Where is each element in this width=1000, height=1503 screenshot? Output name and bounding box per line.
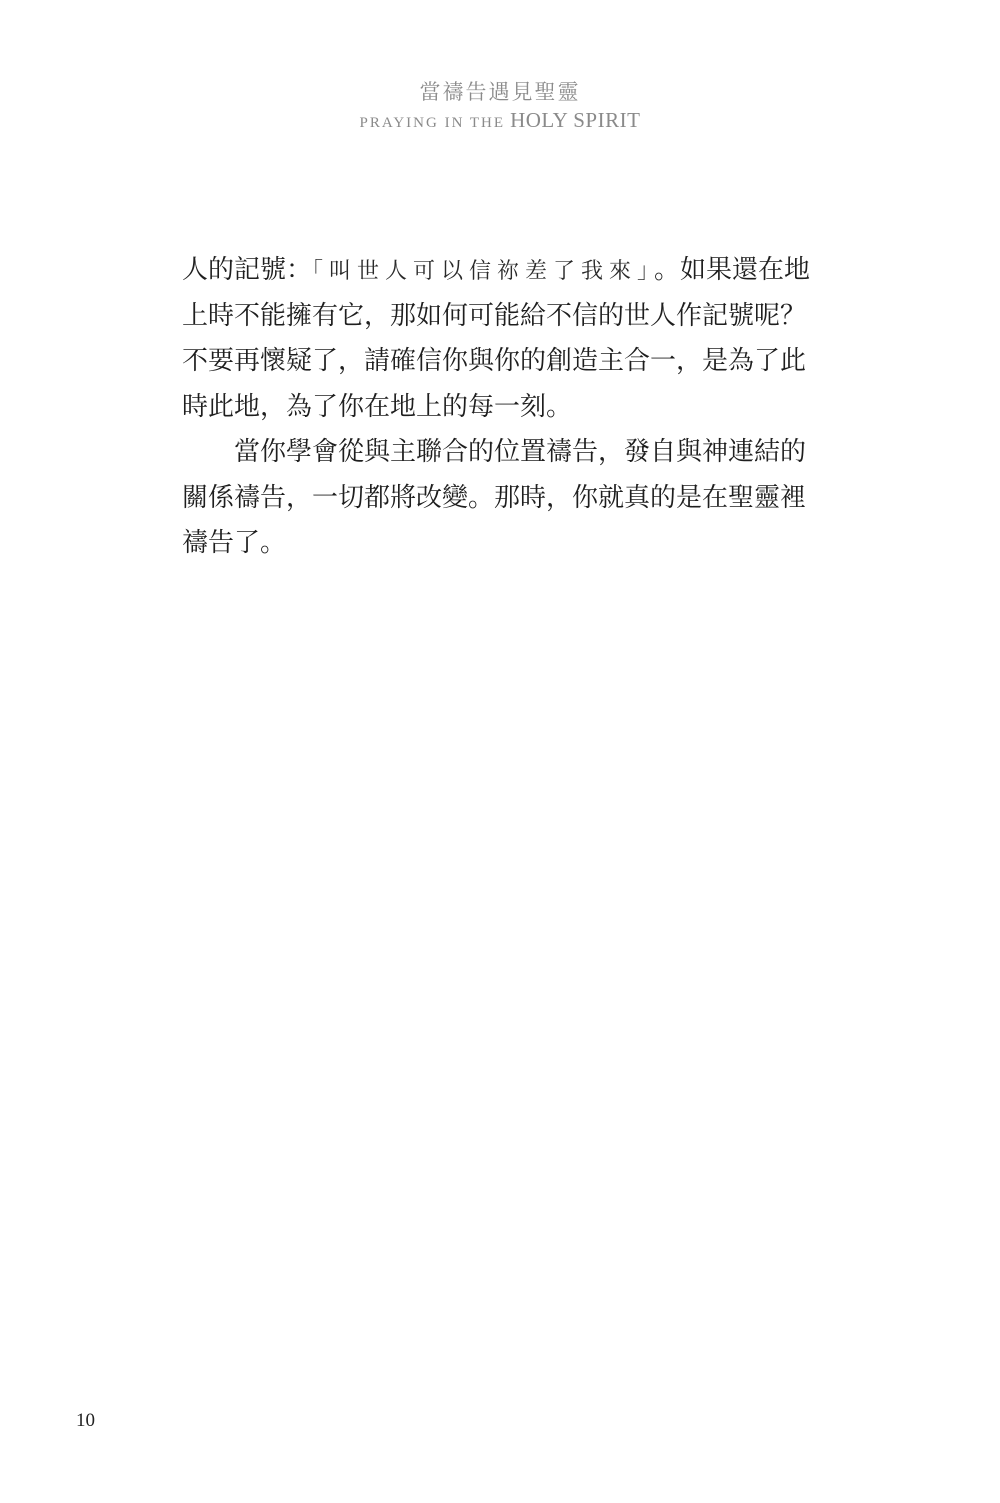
text-line: 上時不能擁有它，那如何可能給不信的世人作記號呢？ [182, 294, 822, 340]
page-number: 10 [76, 1410, 95, 1432]
text-segment: 。如果還在地 [654, 255, 810, 285]
paragraph-1: 人的記號：「叫世人可以信祢差了我來」。如果還在地 上時不能擁有它，那如何可能給不… [182, 248, 822, 430]
body-text: 人的記號：「叫世人可以信祢差了我來」。如果還在地 上時不能擁有它，那如何可能給不… [182, 248, 822, 567]
scripture-quote: 「叫世人可以信祢差了我來」 [312, 259, 654, 284]
text-line: 時此地，為了你在地上的每一刻。 [182, 385, 822, 431]
paragraph-2: 當你學會從與主聯合的位置禱告，發自與神連結的 關係禱告，一切都將改變。那時，你就… [182, 430, 822, 567]
text-line: 人的記號：「叫世人可以信祢差了我來」。如果還在地 [182, 248, 822, 294]
text-line: 關係禱告，一切都將改變。那時，你就真的是在聖靈裡 [182, 476, 822, 522]
text-line: 不要再懷疑了，請確信你與你的創造主合一，是為了此 [182, 339, 822, 385]
running-head-title: 當禱告遇見聖靈 [0, 76, 1000, 106]
text-line: 當你學會從與主聯合的位置禱告，發自與神連結的 [182, 430, 822, 476]
running-head-subtitle-big: HOLY SPIRIT [510, 108, 640, 132]
text-segment: 人的記號： [182, 255, 312, 285]
running-head-subtitle-small: PRAYING IN THE [360, 115, 506, 131]
running-head-subtitle: PRAYING IN THE HOLY SPIRIT [0, 108, 1000, 133]
book-page: 當禱告遇見聖靈 PRAYING IN THE HOLY SPIRIT 人的記號：… [0, 0, 1000, 1503]
text-line: 禱告了。 [182, 521, 822, 567]
